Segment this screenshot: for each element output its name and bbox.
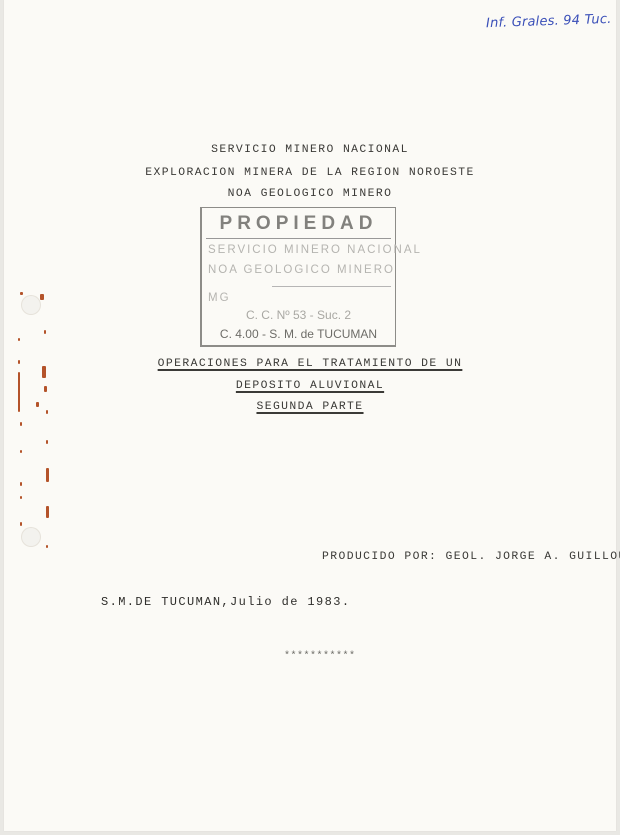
stamp-divider xyxy=(206,238,391,239)
rust-mark xyxy=(36,402,39,407)
handwritten-annotation: Inf. Grales. 94 Tuc. xyxy=(486,12,612,31)
header-line-1: SERVICIO MINERO NACIONAL xyxy=(4,144,616,156)
stamp-title: PROPIEDAD xyxy=(202,213,395,235)
rust-mark xyxy=(20,450,22,453)
punch-hole-top xyxy=(22,296,40,314)
rust-mark xyxy=(18,360,20,364)
rust-mark xyxy=(20,422,22,426)
header-line-3: NOA GEOLOGICO MINERO xyxy=(4,188,616,200)
handwritten-note-text: Inf. Grales. 94 Tuc. xyxy=(486,12,612,31)
rust-mark xyxy=(42,366,46,378)
rust-mark xyxy=(46,506,49,518)
stamp-line-5: C. 4.00 - S. M. de TUCUMAN xyxy=(202,327,395,341)
title-line-3: SEGUNDA PARTE xyxy=(256,401,363,413)
rust-mark xyxy=(40,294,44,300)
rust-mark xyxy=(18,372,20,412)
rust-mark xyxy=(44,330,46,334)
rust-mark xyxy=(20,482,22,486)
binding-margin xyxy=(10,290,52,552)
rust-mark xyxy=(46,440,48,444)
document-page: Inf. Grales. 94 Tuc. SERVICIO MINERO NAC… xyxy=(4,0,616,831)
title-line-1: OPERACIONES PARA EL TRATAMIENTO DE UN xyxy=(158,358,463,370)
rust-mark xyxy=(20,292,23,295)
punch-hole-bottom xyxy=(22,528,40,546)
author-line: PRODUCIDO POR: GEOL. JORGE A. GUILLOU. xyxy=(322,551,620,563)
stamp-line-3: MG xyxy=(208,292,231,304)
rust-mark xyxy=(18,338,20,341)
stamp-line-4: C. C. Nº 53 - Suc. 2 xyxy=(202,308,395,322)
rust-mark xyxy=(46,468,49,482)
header-line-2: EXPLORACION MINERA DE LA REGION NOROESTE xyxy=(4,167,616,179)
stamp-line-2: NOA GEOLOGICO MINERO xyxy=(208,264,395,276)
separator-asterisks: *********** xyxy=(284,651,356,662)
rust-mark xyxy=(20,522,22,526)
title-line-2: DEPOSITO ALUVIONAL xyxy=(236,380,384,392)
rust-mark xyxy=(44,386,47,392)
property-stamp: PROPIEDAD SERVICIO MINERO NACIONAL NOA G… xyxy=(200,207,396,347)
rust-mark xyxy=(46,410,48,414)
stamp-line-1: SERVICIO MINERO NACIONAL xyxy=(208,244,422,256)
stamp-divider-2 xyxy=(272,286,391,287)
rust-mark xyxy=(20,496,22,499)
rust-mark xyxy=(46,545,48,548)
place-date: S.M.DE TUCUMAN,Julio de 1983. xyxy=(101,595,350,609)
